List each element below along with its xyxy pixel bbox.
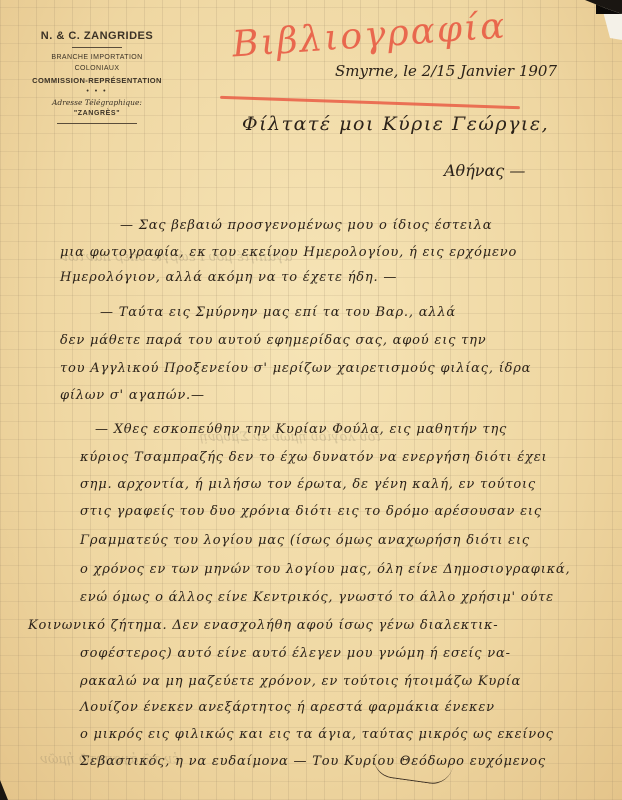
body-line: Κοινωνικό ζήτημα. Δεν ενασχολήθη αφού ίσ…: [28, 618, 499, 633]
company-name: N. & C. ZANGRIDES: [22, 30, 172, 42]
letter-page: ἀγαπητέ μου Γεώργιε ὑπέρ πάντων τοῦ λογί…: [0, 0, 622, 800]
red-pencil-underline: [220, 96, 520, 109]
recipient-place: Αθήνας —: [444, 161, 525, 180]
body-line: ο χρόνος εν των μηνών του λογίου μας, όλ…: [80, 562, 570, 577]
body-line: μια φωτογραφία, εκ του εκείνου Ημερολογί…: [60, 245, 517, 260]
letterhead-line: BRANCHE IMPORTATION: [22, 54, 172, 61]
body-line: κύριος Τσαμπραζής δεν το έχω δυνατόν να …: [80, 450, 547, 465]
divider: [57, 123, 137, 124]
body-line: ρακαλώ να μη μαζεύετε χρόνον, εν τούτοις…: [80, 674, 521, 689]
body-line: σημ. αρχοντία, ή μιλήσω τον έρωτα, δε γέ…: [80, 477, 536, 492]
body-line: ενώ όμως ο άλλος είνε Κεντρικός, γνωστό …: [80, 590, 554, 605]
body-line: στις γραφείς του δυο χρόνια διότι εις το…: [80, 504, 542, 519]
letterhead: N. & C. ZANGRIDES BRANCHE IMPORTATION CO…: [22, 30, 172, 124]
body-line: — Ταύτα εις Σμύρνην μας επί τα του Βαρ.,…: [100, 305, 456, 320]
scan-background-corner: [596, 0, 622, 14]
ornament: • • •: [22, 88, 172, 95]
folded-corner: [590, 0, 622, 40]
letterhead-line: COLONIAUX: [22, 65, 172, 72]
salutation: Φίλτατέ μοι Κύριε Γεώργιε,: [242, 113, 549, 135]
divider: [72, 47, 122, 48]
red-pencil-annotation: Βιβλιογραφία: [231, 5, 508, 65]
letterhead-line: COMMISSION-REPRÉSENTATION: [22, 76, 172, 85]
body-line: Γραμματεύς του λογίου μας (ίσως όμως ανα…: [80, 533, 530, 548]
body-line: Λουίζον ένεκεν ανεξάρτητος ή αρεστά φαρμ…: [80, 700, 495, 715]
telegraph-label: Adresse Télégraphique:: [22, 98, 172, 107]
body-line: Ημερολόγιον, αλλά ακόμη να το έχετε ήδη.…: [60, 270, 397, 285]
body-line: Σεβαστικός, η να ευδαίμονα — Του Κυρίου …: [80, 754, 546, 769]
body-line: — Σας βεβαιώ προσγενομένως μου ο ίδιος έ…: [120, 218, 492, 233]
telegraph-name: "ZANGRÈS": [22, 110, 172, 117]
body-line: φίλων σ' αγαπών.—: [60, 388, 205, 403]
body-line: ο μικρός εις φιλικώς και εις τα άγια, τα…: [80, 727, 554, 742]
body-line: σοφέστερος) αυτό είνε αυτό έλεγεν μου γν…: [80, 646, 511, 661]
body-line: δεν μάθετε παρά του αυτού εφημερίδας σας…: [60, 333, 486, 348]
body-line: του Αγγλικού Προξενείου σ' μερίζων χαιρε…: [60, 361, 531, 376]
dateline: Smyrne, le 2/15 Janvier 1907: [335, 62, 557, 80]
body-line: — Χθες εσκοπεύθην την Κυρίαν Φούλα, εις …: [95, 422, 507, 437]
